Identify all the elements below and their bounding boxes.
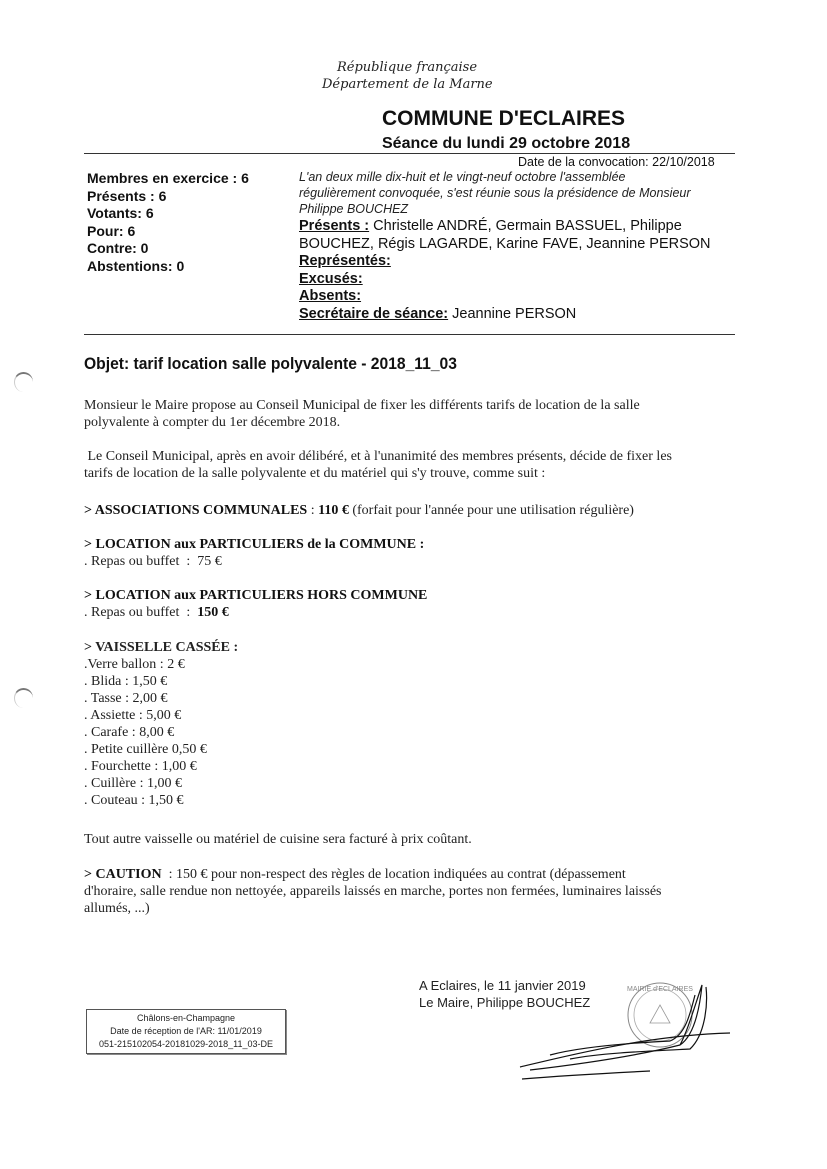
- vote-stats: Membres en exercice : 6 Présents : 6 Vot…: [87, 170, 249, 275]
- stat-presents: Présents : 6: [87, 188, 249, 206]
- vaisselle-item: . Fourchette : 1,00 €: [84, 758, 238, 775]
- reception-stamp: Châlons-en-Champagne Date de réception d…: [86, 1009, 286, 1054]
- header-divider: [84, 153, 735, 154]
- vaisselle-item: . Couteau : 1,50 €: [84, 792, 238, 809]
- proposal-paragraph: Monsieur le Maire propose au Conseil Mun…: [84, 397, 640, 431]
- convocation-date: Date de la convocation: 22/10/2018: [518, 155, 715, 169]
- representes-label: Représentés:: [299, 253, 391, 269]
- objet-title: Objet: tarif location salle polyvalente …: [84, 354, 457, 374]
- vaisselle-item: . Cuillère : 1,00 €: [84, 775, 238, 792]
- stat-membres: Membres en exercice : 6: [87, 170, 249, 188]
- excuses-label: Excusés:: [299, 271, 363, 287]
- stamp-reference: 051-215102054-20181029-2018_11_03-DE: [90, 1038, 282, 1051]
- tarif-vaisselle-cassee: > VAISSELLE CASSÉE : .Verre ballon : 2 €…: [84, 639, 238, 809]
- stat-abstentions: Abstentions: 0: [87, 258, 249, 276]
- punch-hole-mark: [14, 688, 33, 708]
- tarif-location-hors-commune: > LOCATION aux PARTICULIERS HORS COMMUNE…: [84, 587, 427, 621]
- stat-votants: Votants: 6: [87, 205, 249, 223]
- stamp-date: Date de réception de l'AR: 11/01/2019: [90, 1025, 282, 1038]
- commune-title: COMMUNE D'ECLAIRES: [382, 107, 625, 131]
- vaisselle-item: .Verre ballon : 2 €: [84, 656, 238, 673]
- stat-contre: Contre: 0: [87, 240, 249, 258]
- vaisselle-item: . Petite cuillère 0,50 €: [84, 741, 238, 758]
- absents-label: Absents:: [299, 288, 361, 304]
- attendance-divider: [84, 334, 735, 335]
- header-departement: Département de la Marne: [322, 75, 493, 94]
- tarif-associations: > ASSOCIATIONS COMMUNALES : 110 € (forfa…: [84, 502, 634, 519]
- punch-hole-mark: [14, 372, 33, 392]
- seance-date: Séance du lundi 29 octobre 2018: [382, 135, 630, 153]
- tarif-caution: > CAUTION : 150 € pour non-respect des r…: [84, 866, 662, 917]
- mayor-seal-and-signature: MAIRIE d'ECLAIRES: [510, 975, 750, 1085]
- vaisselle-item: . Blida : 1,50 €: [84, 673, 238, 690]
- decision-paragraph: Le Conseil Municipal, après en avoir dél…: [84, 448, 672, 482]
- presents-label: Présents :: [299, 218, 369, 234]
- session-intro: L'an deux mille dix-huit et le vingt-neu…: [299, 169, 691, 217]
- stamp-city: Châlons-en-Champagne: [90, 1012, 282, 1025]
- tarif-location-commune: > LOCATION aux PARTICULIERS de la COMMUN…: [84, 536, 424, 570]
- attendance-block: Présents : Christelle ANDRÉ, Germain BAS…: [299, 218, 711, 323]
- autre-materiel-note: Tout autre vaisselle ou matériel de cuis…: [84, 831, 472, 848]
- secretaire-label: Secrétaire de séance:: [299, 306, 448, 322]
- presents-list: Christelle ANDRÉ, Germain BASSUEL, Phili…: [369, 218, 682, 234]
- secretaire-value: Jeannine PERSON: [448, 306, 576, 322]
- svg-text:MAIRIE d'ECLAIRES: MAIRIE d'ECLAIRES: [627, 986, 693, 993]
- vaisselle-item: . Assiette : 5,00 €: [84, 707, 238, 724]
- handwritten-signature-icon: [520, 985, 730, 1079]
- vaisselle-item: . Carafe : 8,00 €: [84, 724, 238, 741]
- stat-pour: Pour: 6: [87, 223, 249, 241]
- vaisselle-item: . Tasse : 2,00 €: [84, 690, 238, 707]
